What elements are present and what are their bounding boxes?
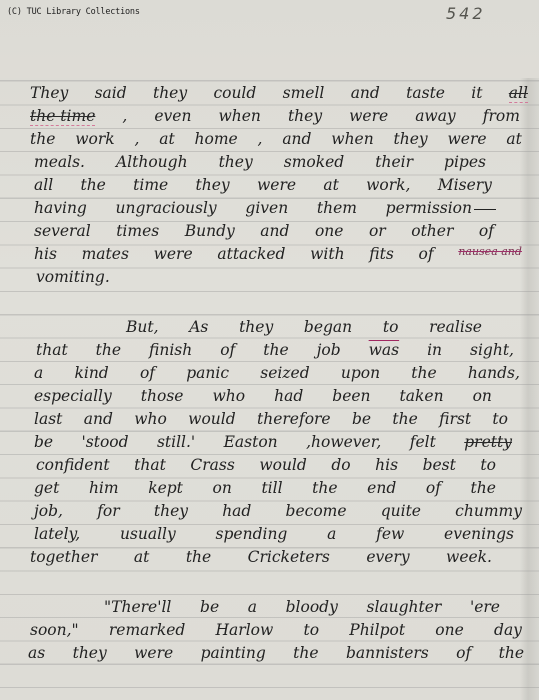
handwritten-word: meals. [34,153,85,171]
handwritten-word: bannisters [346,644,429,662]
handwritten-word: was [369,341,399,359]
handwritten-word: a [34,364,43,382]
handwritten-word: with [310,245,344,263]
handwritten-word: kind [74,364,108,382]
handwritten-word: the [499,644,524,662]
handwritten-word: get [34,479,59,497]
handwritten-word: Philpot [349,621,405,639]
handwritten-word: become [286,502,347,520]
handwritten-word: hands, [468,364,520,382]
handwritten-word: bloody [286,598,338,616]
manuscript-line: hismateswereattackedwithfitsofnausea and [34,245,522,263]
handwritten-word: till [261,479,282,497]
handwritten-word: they [219,153,253,171]
em-dash-mark [474,209,496,210]
handwritten-word: a [248,598,257,616]
handwritten-word: felt [410,433,436,451]
handwritten-word: smell [283,84,325,103]
handwritten-word: other [411,222,453,240]
manuscript-line: meals.Althoughtheysmokedtheirpipes [34,153,486,171]
manuscript-line: severaltimesBundyandoneorotherof [34,222,494,240]
handwritten-word: on [473,387,492,405]
handwritten-word: as [28,644,45,662]
manuscript-line: soon,"remarkedHarlowtoPhilpotoneday [30,621,522,639]
handwritten-word: been [332,387,370,405]
handwritten-word: their [375,153,413,171]
handwritten-word: who [134,410,167,428]
handwritten-word: had [274,387,303,405]
handwritten-word: taken [400,387,444,405]
struck-word: all [509,84,528,103]
handwritten-word: they [154,502,188,520]
handwritten-word: usually [120,525,176,543]
handwritten-word: be [34,433,53,451]
handwritten-word: to [480,456,496,474]
handwritten-word: the [471,479,496,497]
handwritten-word: they [239,318,273,336]
manuscript-line: But,Astheybegantorealise [126,318,482,336]
handwritten-word: Easton [224,433,278,451]
handwritten-word: and [282,130,311,148]
handwritten-word: taste [406,84,445,103]
manuscript-line: job,fortheyhadbecomequitechummy [34,502,522,520]
handwritten-word: week. [446,548,492,566]
handwritten-word: lately, [34,525,80,543]
handwritten-word: together [30,548,97,566]
handwritten-word: chummy [455,502,522,520]
handwritten-word: Bundy [185,222,235,240]
handwritten-word: of [419,245,434,263]
handwritten-word: vomiting. [36,268,110,286]
handwritten-word: were [134,644,173,662]
handwritten-word: seized [260,364,309,382]
handwritten-word: attacked [217,245,285,263]
manuscript-line: confidentthatCrasswoulddohisbestto [36,456,496,474]
handwritten-word: panic [186,364,229,382]
handwritten-word: , [258,130,263,148]
handwritten-word: had [222,502,251,520]
handwritten-word: job [317,341,341,359]
red-struck-word: nausea and [458,245,522,263]
handwritten-word: ungraciously [116,199,217,217]
handwritten-word: and [351,84,380,103]
handwritten-word: at [323,176,338,194]
handwritten-word: of [426,479,441,497]
handwritten-word: in [427,341,442,359]
handwritten-word: away [415,107,456,126]
handwritten-word: would [259,456,306,474]
handwritten-word: finish [149,341,192,359]
handwritten-word: could [213,84,256,103]
handwritten-word: be [200,598,219,616]
handwritten-word: to [383,318,399,336]
handwritten-word: at [134,548,149,566]
handwritten-word: upon [341,364,380,382]
handwritten-word: on [213,479,232,497]
manuscript-line: lately,usuallyspendingafewevenings [34,525,514,543]
handwritten-word: sight, [470,341,514,359]
handwritten-word: even [154,107,191,126]
handwritten-word: times [116,222,159,240]
handwritten-word: kept [148,479,183,497]
handwritten-word: and [260,222,289,240]
manuscript-line: havingungraciouslygiventhempermission [34,199,496,217]
handwritten-word: began [304,318,352,336]
handwritten-word: of [140,364,155,382]
handwritten-word: , [134,130,139,148]
handwritten-word: given [245,199,288,217]
struck-word: the time [30,107,95,126]
handwritten-word: those [141,387,184,405]
handwritten-word: confident [36,456,110,474]
handwritten-word: for [97,502,119,520]
handwritten-word: his [34,245,57,263]
handwritten-word: job, [34,502,63,520]
handwritten-word: were [448,130,487,148]
handwritten-word: said [95,84,127,103]
handwritten-word: work, [366,176,410,194]
handwritten-word: few [376,525,404,543]
handwritten-word: But, [126,318,159,336]
handwritten-word: when [219,107,261,126]
handwritten-word: of [456,644,471,662]
handwritten-word: the [80,176,105,194]
handwritten-word: they [73,644,107,662]
handwritten-word: pipes [444,153,486,171]
handwritten-word: the [411,364,436,382]
manuscript-line: gethimkeptontilltheendofthe [34,479,496,497]
handwritten-word: be [352,410,371,428]
handwritten-word: 'stood [82,433,129,451]
handwritten-word: quite [381,502,421,520]
handwritten-word: and [84,410,113,428]
manuscript-line: the time,evenwhentheywereawayfrom [30,107,520,126]
handwritten-word: from [483,107,520,126]
handwritten-word: ,however, [306,433,381,451]
struck-word: pretty [464,433,512,451]
handwritten-word: As [189,318,208,336]
handwritten-word: first [439,410,471,428]
handwritten-word: to [303,621,319,639]
copyright-watermark: (C) TUC Library Collections [7,7,140,17]
manuscript-line: akindofpanicseizeduponthehands, [34,364,520,382]
manuscript-line: Theysaidtheycouldsmellandtasteitall [30,84,528,103]
handwritten-word: Harlow [216,621,274,639]
manuscript-line: be'stoodstill.'Easton,however,feltpretty [34,433,512,451]
handwritten-word: slaughter [366,598,441,616]
handwritten-word: Cricketers [248,548,330,566]
handwritten-word: to [492,410,508,428]
handwritten-word: therefore [257,410,331,428]
handwritten-word: the [293,644,318,662]
handwritten-word: evenings [444,525,514,543]
manuscript-line: vomiting. [36,268,130,286]
handwritten-word: would [188,410,235,428]
handwritten-word: the [312,479,337,497]
handwritten-word: day [494,621,522,639]
handwritten-word: fits [369,245,394,263]
manuscript-line: togetherattheCricketerseveryweek. [30,548,492,566]
manuscript-line: thatthefinishofthejobwasinsight, [36,341,514,359]
handwritten-word: were [154,245,193,263]
handwritten-word: especially [34,387,112,405]
handwritten-word: they [153,84,187,103]
handwritten-word: time [133,176,168,194]
handwritten-word: end [367,479,396,497]
handwritten-word: best [423,456,456,474]
handwritten-word: 'ere [470,598,500,616]
handwritten-word: his [375,456,398,474]
handwritten-word: "There'll [104,598,171,616]
handwritten-word: them [317,199,357,217]
handwritten-word: still.' [157,433,195,451]
handwritten-word: the [30,130,55,148]
handwritten-word: they [288,107,322,126]
handwritten-word: the [263,341,288,359]
handwritten-word: last [34,410,62,428]
handwritten-word: They [30,84,68,103]
handwritten-word: do [331,456,350,474]
handwritten-word: that [36,341,68,359]
handwritten-word: at [159,130,174,148]
handwritten-word: soon," [30,621,79,639]
handwritten-word: were [349,107,388,126]
handwritten-word: of [220,341,235,359]
manuscript-line: thework,athome,andwhentheywereat [30,130,522,148]
handwritten-word: one [435,621,464,639]
handwritten-word: all [34,176,53,194]
manuscript-line: "There'llbeabloodyslaughter'ere [104,598,500,616]
handwritten-word: Crass [190,456,234,474]
handwritten-word: smoked [284,153,344,171]
handwritten-word: spending [216,525,288,543]
handwritten-word: work [75,130,114,148]
handwritten-word: Although [116,153,188,171]
handwritten-word: him [89,479,119,497]
handwritten-word: were [257,176,296,194]
handwritten-word: , [122,107,127,126]
manuscript-line: allthetimetheywereatwork,Misery [34,176,492,194]
handwritten-word: the [186,548,211,566]
handwritten-word: one [315,222,344,240]
manuscript-line: lastandwhowouldthereforebethefirstto [34,410,508,428]
handwritten-word: who [212,387,245,405]
handwritten-word: that [134,456,166,474]
handwritten-word: a [327,525,336,543]
handwritten-word: Misery [438,176,492,194]
handwritten-word: the [96,341,121,359]
handwritten-word: painting [201,644,266,662]
handwritten-word: realise [429,318,482,336]
handwritten-word: or [369,222,386,240]
handwritten-word: of [479,222,494,240]
handwritten-word: every [366,548,409,566]
handwritten-word: they [394,130,428,148]
handwritten-word: permission [386,199,496,217]
handwritten-word: when [331,130,373,148]
handwritten-word: several [34,222,91,240]
handwritten-word: remarked [109,621,185,639]
manuscript-line: especiallythosewhohadbeentakenon [34,387,492,405]
handwritten-word: it [471,84,482,103]
handwritten-word: they [196,176,230,194]
handwritten-word: at [506,130,521,148]
handwritten-word: home [195,130,238,148]
handwritten-word: the [392,410,417,428]
manuscript-line: astheywerepaintingthebannistersofthe [28,644,524,662]
handwritten-word: having [34,199,87,217]
handwritten-word: mates [82,245,129,263]
page-number: 542 [446,4,486,23]
